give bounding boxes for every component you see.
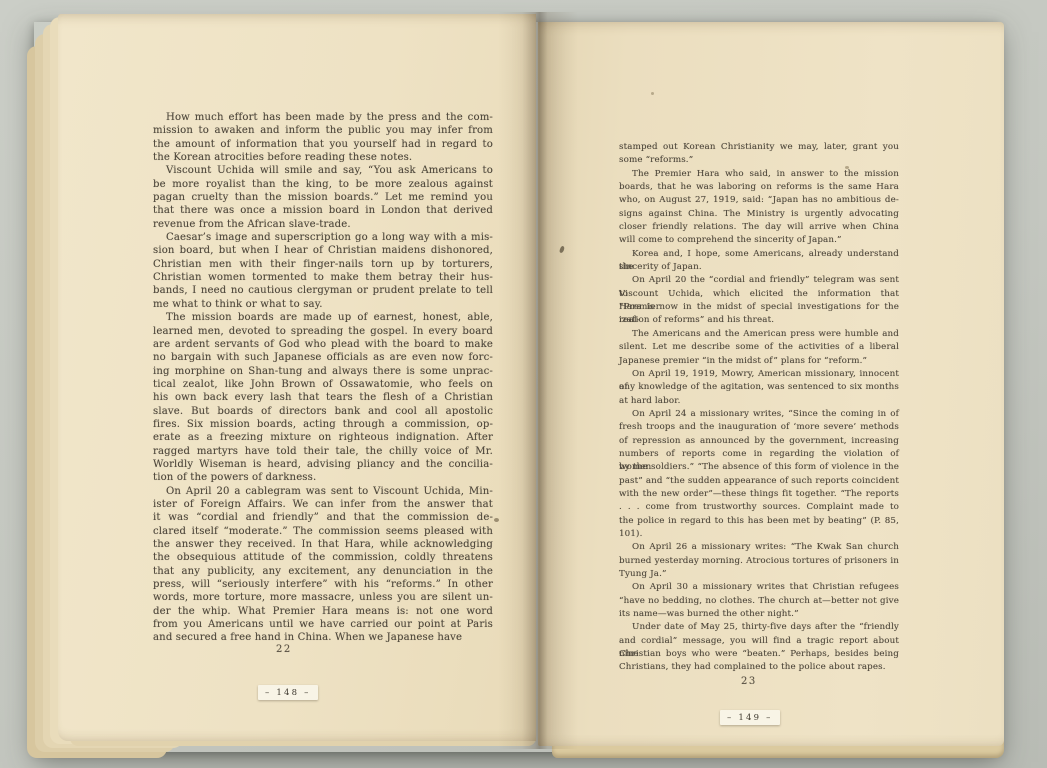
folio-stamp-149: – 149 –: [720, 710, 780, 725]
text-line: slave. But boards of directors bank and …: [153, 405, 493, 418]
text-line: closer friendly relations. The day will …: [619, 221, 899, 234]
text-line: The mission boards are made up of earnes…: [153, 311, 493, 324]
text-line: words, more torture, more massacre, unle…: [153, 591, 493, 604]
text-line: On April 19, 1919, Mowry, American missi…: [619, 368, 899, 381]
text-line: tical zealot, like John Brown of Ossawat…: [153, 378, 493, 391]
text-line: learned men, devoted to spreading the go…: [153, 325, 493, 338]
text-line: signs against China. The Ministry is urg…: [619, 208, 899, 221]
text-line: Korea and, I hope, some Americans, alrea…: [619, 248, 899, 261]
text-line: past” and “the sudden appearance of such…: [619, 475, 899, 488]
text-line: numbers of reports come in regarding the…: [619, 448, 899, 461]
text-line: the Korean atrocities before reading the…: [153, 151, 493, 164]
book-right-page: stamped out Korean Christianity we may, …: [538, 22, 1004, 746]
text-line: revenue from the African slave-trade.: [153, 218, 493, 231]
text-line: sion board, but when I hear of Christian…: [153, 244, 493, 257]
text-line: Tyung Ja.”: [619, 568, 899, 581]
text-line: no bargain with such Japanese officials …: [153, 351, 493, 364]
text-line: who, on August 27, 1919, said: “Japan ha…: [619, 194, 899, 207]
text-line: silent. Let me describe some of the acti…: [619, 341, 899, 354]
paper-speck: [845, 166, 849, 169]
text-line: 101).: [619, 528, 899, 541]
text-line: mission to awaken and inform the public …: [153, 124, 493, 137]
text-line: pagan cruelty than the mission boards.” …: [153, 191, 493, 204]
text-line: me what to think or what to say.: [153, 298, 493, 311]
text-line: will come to comprehend the sincerity of…: [619, 234, 899, 247]
text-line: his own back every lash that tears the f…: [153, 391, 493, 404]
text-line: the amount of information that you yours…: [153, 138, 493, 151]
printed-page-number-right: 23: [741, 676, 757, 687]
text-line: sincerity of Japan.: [619, 261, 899, 274]
text-line: Hara is now in the midst of special inve…: [619, 301, 899, 314]
text-line: with the new order”—these things fit tog…: [619, 488, 899, 501]
text-line: Christian boys who were “beaten.” Perhap…: [619, 648, 899, 661]
text-line: and secured a free hand in China. When w…: [153, 631, 493, 644]
text-line: the obsequious attitude of the commissio…: [153, 551, 493, 564]
book-scan-photo: How much effort has been made by the pre…: [0, 0, 1047, 768]
text-line: ing morphine on Shan-tung and always the…: [153, 365, 493, 378]
text-line: fires. Six mission boards, acting throug…: [153, 418, 493, 431]
right-page-text: stamped out Korean Christianity we may, …: [619, 141, 899, 675]
text-line: of repression as announced by the govern…: [619, 435, 899, 448]
text-line: Caesar’s image and superscription go a l…: [153, 231, 493, 244]
text-line: The Americans and the American press wer…: [619, 328, 899, 341]
text-line: Under date of May 25, thirty-five days a…: [619, 621, 899, 634]
printed-page-number-left: 22: [276, 644, 292, 655]
text-line: the police in regard to this has been me…: [619, 515, 899, 528]
text-line: On April 24 a missionary writes, “Since …: [619, 408, 899, 421]
text-line: ragged martyrs have told their tale, the…: [153, 445, 493, 458]
text-line: some “reforms.”: [619, 154, 899, 167]
paper-speck: [651, 92, 654, 95]
text-line: the answer they received. In that Hara, …: [153, 538, 493, 551]
paper-speck: [494, 518, 499, 522]
text-line: The Premier Hara who said, in answer to …: [619, 168, 899, 181]
text-line: any knowledge of the agitation, was sent…: [619, 381, 899, 394]
text-line: Viscount Uchida, which elicited the info…: [619, 288, 899, 301]
text-line: burned yesterday morning. Atrocious tort…: [619, 555, 899, 568]
text-line: and cordial” message, you will find a tr…: [619, 635, 899, 648]
text-line: Christians, they had complained to the p…: [619, 661, 899, 674]
folio-stamp-148: – 148 –: [258, 685, 318, 700]
text-line: from you Americans until we have carried…: [153, 618, 493, 631]
text-line: clared itself “moderate.” The commission…: [153, 525, 493, 538]
text-line: its name—was burned the other night.”: [619, 608, 899, 621]
text-line: Viscount Uchida will smile and say, “You…: [153, 164, 493, 177]
text-line: Christian women tormented to make them b…: [153, 271, 493, 284]
text-line: by the soldiers.” “The absence of this f…: [619, 461, 899, 474]
text-line: der the whip. What Premier Hara means is…: [153, 605, 493, 618]
text-line: press, will “seriously interfere” with h…: [153, 578, 493, 591]
text-line: On April 30 a missionary writes that Chr…: [619, 581, 899, 594]
text-line: that there was once a mission board in L…: [153, 204, 493, 217]
left-page-text: How much effort has been made by the pre…: [153, 111, 493, 645]
text-line: Japanese premier “in the midst of” plans…: [619, 355, 899, 368]
text-line: Christian men with their finger-nails to…: [153, 258, 493, 271]
text-line: ization of reforms” and his threat.: [619, 314, 899, 327]
text-line: On April 26 a missionary writes: “The Kw…: [619, 541, 899, 554]
text-line: at hard labor.: [619, 395, 899, 408]
text-line: be more royalist than the king, to be mo…: [153, 178, 493, 191]
book-left-page: How much effort has been made by the pre…: [58, 14, 536, 741]
text-line: erate as a freezing mixture on righteous…: [153, 431, 493, 444]
text-line: How much effort has been made by the pre…: [153, 111, 493, 124]
text-line: bands, I need no cautious clergyman or p…: [153, 284, 493, 297]
text-line: On April 20 a cablegram was sent to Visc…: [153, 485, 493, 498]
text-line: “have no bedding, no clothes. The church…: [619, 595, 899, 608]
text-line: tion of the powers of darkness.: [153, 471, 493, 484]
text-line: . . . come from trustworthy sources. Com…: [619, 501, 899, 514]
text-line: are ardent servants of God who plead wit…: [153, 338, 493, 351]
text-line: boards, that he was laboring on reforms …: [619, 181, 899, 194]
text-line: it was “cordial and friendly” and that t…: [153, 511, 493, 524]
text-line: Worldly Wiseman is heard, advising plian…: [153, 458, 493, 471]
text-line: fresh troops and the inauguration of ‘mo…: [619, 421, 899, 434]
text-line: On April 20 the “cordial and friendly” t…: [619, 274, 899, 287]
text-line: ister of Foreign Affairs. We can infer f…: [153, 498, 493, 511]
text-line: stamped out Korean Christianity we may, …: [619, 141, 899, 154]
text-line: that any publicity, any excitement, any …: [153, 565, 493, 578]
